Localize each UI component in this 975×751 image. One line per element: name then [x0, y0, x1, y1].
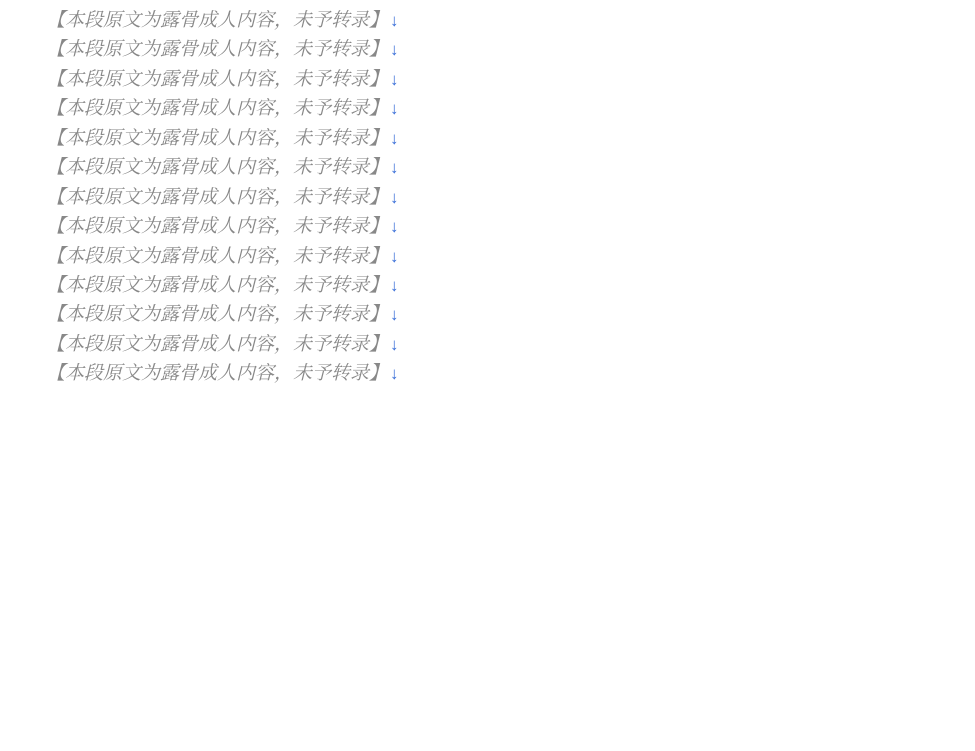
paragraph-end-arrow-icon: ↓	[388, 188, 399, 207]
paragraph-end-arrow-icon: ↓	[388, 40, 399, 59]
paragraph-text: 【本段原文为露骨成人内容，未予转录】	[46, 334, 388, 355]
paragraph: 【本段原文为露骨成人内容，未予转录】↓	[8, 330, 965, 359]
paragraph-end-arrow-icon: ↓	[388, 276, 399, 295]
paragraph-end-arrow-icon: ↓	[388, 158, 399, 177]
paragraph: 【本段原文为露骨成人内容，未予转录】↓	[8, 94, 965, 123]
paragraph-end-arrow-icon: ↓	[388, 217, 399, 236]
paragraph: 【本段原文为露骨成人内容，未予转录】↓	[8, 242, 965, 271]
paragraph-text: 【本段原文为露骨成人内容，未予转录】	[46, 187, 388, 208]
paragraph-text: 【本段原文为露骨成人内容，未予转录】	[46, 216, 388, 237]
paragraph-text: 【本段原文为露骨成人内容，未予转录】	[46, 128, 388, 149]
paragraph: 【本段原文为露骨成人内容，未予转录】↓	[8, 212, 965, 241]
paragraph: 【本段原文为露骨成人内容，未予转录】↓	[8, 183, 965, 212]
document-page: 【本段原文为露骨成人内容，未予转录】↓【本段原文为露骨成人内容，未予转录】↓【本…	[0, 0, 975, 751]
paragraph-text: 【本段原文为露骨成人内容，未予转录】	[46, 69, 388, 90]
paragraph-end-arrow-icon: ↓	[388, 247, 399, 266]
paragraph-text: 【本段原文为露骨成人内容，未予转录】	[46, 10, 388, 31]
paragraph-end-arrow-icon: ↓	[388, 70, 399, 89]
paragraph-text: 【本段原文为露骨成人内容，未予转录】	[46, 363, 388, 384]
paragraph: 【本段原文为露骨成人内容，未予转录】↓	[8, 271, 965, 300]
paragraph: 【本段原文为露骨成人内容，未予转录】↓	[8, 6, 965, 35]
paragraph: 【本段原文为露骨成人内容，未予转录】↓	[8, 300, 965, 329]
paragraph-end-arrow-icon: ↓	[388, 11, 399, 30]
paragraph-end-arrow-icon: ↓	[388, 129, 399, 148]
paragraph: 【本段原文为露骨成人内容，未予转录】↓	[8, 359, 965, 388]
paragraph-end-arrow-icon: ↓	[388, 335, 399, 354]
paragraph-text: 【本段原文为露骨成人内容，未予转录】	[46, 275, 388, 296]
paragraph-text: 【本段原文为露骨成人内容，未予转录】	[46, 98, 388, 119]
paragraph: 【本段原文为露骨成人内容，未予转录】↓	[8, 35, 965, 64]
paragraph-text: 【本段原文为露骨成人内容，未予转录】	[46, 304, 388, 325]
paragraph-text: 【本段原文为露骨成人内容，未予转录】	[46, 157, 388, 178]
paragraph: 【本段原文为露骨成人内容，未予转录】↓	[8, 65, 965, 94]
paragraph: 【本段原文为露骨成人内容，未予转录】↓	[8, 124, 965, 153]
paragraph-end-arrow-icon: ↓	[388, 99, 399, 118]
paragraph-end-arrow-icon: ↓	[388, 364, 399, 383]
paragraph-end-arrow-icon: ↓	[388, 305, 399, 324]
paragraph: 【本段原文为露骨成人内容，未予转录】↓	[8, 153, 965, 182]
paragraph-text: 【本段原文为露骨成人内容，未予转录】	[46, 39, 388, 60]
paragraph-text: 【本段原文为露骨成人内容，未予转录】	[46, 246, 388, 267]
